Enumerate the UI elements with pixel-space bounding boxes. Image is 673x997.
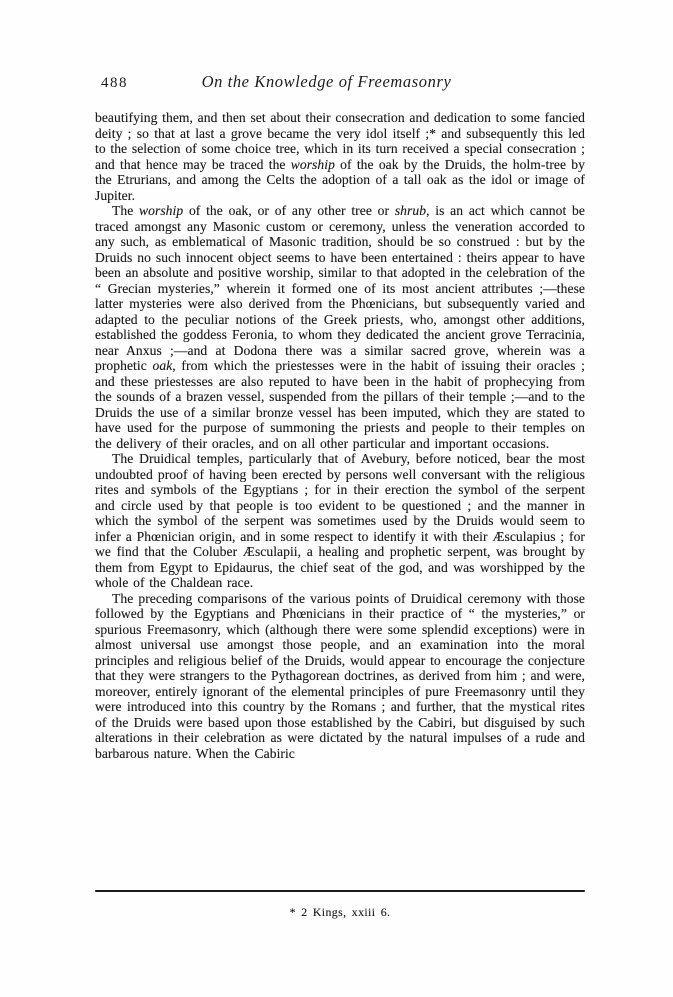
- footnote-area: * 2 Kings, xxiii 6.: [95, 890, 585, 920]
- italic-text-run: oak: [153, 358, 173, 373]
- italic-text-run: shrub: [395, 203, 426, 218]
- paragraph: The preceding comparisons of the various…: [95, 591, 585, 762]
- paragraph: beautifying them, and then set about the…: [95, 110, 585, 203]
- page-body: beautifying them, and then set about the…: [95, 110, 585, 761]
- footnote-rule: [95, 890, 585, 892]
- italic-text-run: worship: [291, 157, 335, 172]
- page-header: 488 On the Knowledge of Freemasonry: [95, 72, 585, 96]
- text-run: The preceding comparisons of the various…: [95, 591, 585, 761]
- page-number: 488: [101, 75, 128, 92]
- text-run: The: [112, 203, 139, 218]
- paragraph: The worship of the oak, or of any other …: [95, 203, 585, 451]
- text-run: of the oak, or of any other tree or: [183, 203, 395, 218]
- text-run: , is an act which cannot be traced among…: [95, 203, 585, 373]
- book-page: 488 On the Knowledge of Freemasonry beau…: [95, 72, 585, 952]
- text-run: The Druidical temples, particularly that…: [95, 451, 585, 590]
- scanned-book-page: { "page": { "number": "488", "title": "O…: [0, 0, 673, 997]
- footnote-text: * 2 Kings, xxiii 6.: [95, 905, 585, 920]
- paragraph: The Druidical temples, particularly that…: [95, 451, 585, 591]
- page-title: On the Knowledge of Freemasonry: [128, 72, 525, 92]
- italic-text-run: worship: [139, 203, 183, 218]
